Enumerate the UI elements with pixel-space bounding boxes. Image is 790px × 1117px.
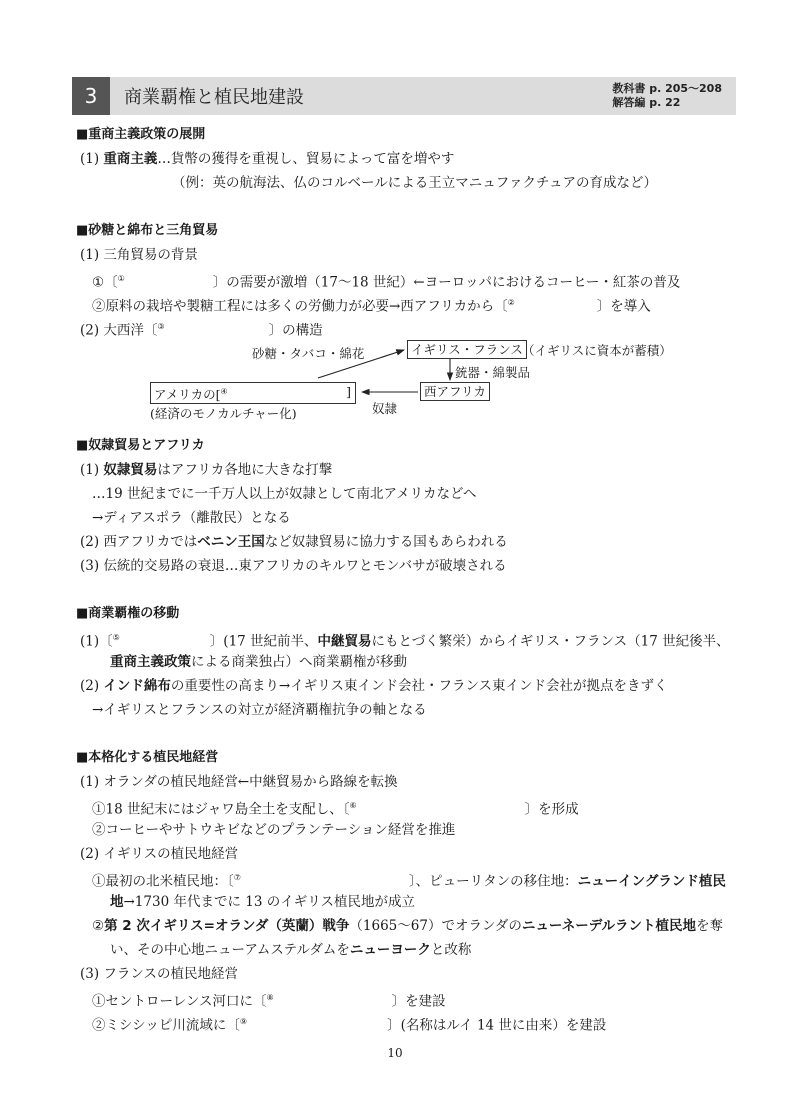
list-item: (1) オランダの植民地経営←中継貿易から路線を転換 [80, 772, 398, 792]
list-item: (2) インド綿布の重要性の高まり→イギリス東インド会社・フランス東インド会社が… [80, 676, 668, 696]
item-text: はアフリカ各地に大きな打撃 [157, 462, 332, 478]
item-text: ② [92, 918, 104, 934]
key-term: インド綿布 [103, 678, 171, 694]
list-item: (1) 奴隷貿易はアフリカ各地に大きな打撃 [80, 460, 332, 480]
key-term: 地 [110, 894, 124, 910]
list-item: ②ミシシッピ川流域に〔⑨〕(名称はルイ 14 世に由来）を建設 [92, 1012, 606, 1036]
item-text: を奪 [696, 918, 723, 934]
item-text: い、その中心地ニューアムステルダムを [110, 942, 350, 958]
list-item: ②第 2 次イギリス=オランダ（英蘭）戦争（1665〜67）でオランダのニューネ… [92, 916, 723, 936]
key-term: ニューイングランド植民 [578, 874, 726, 890]
item-text: （1665〜67）でオランダの [349, 918, 522, 934]
key-term: 奴隷貿易 [103, 462, 157, 478]
list-item: …19 世紀までに一千万人以上が奴隷として南北アメリカなどへ [92, 484, 476, 504]
item-text: ①18 世紀末にはジャワ島全土を支配し、〔 [92, 802, 349, 818]
list-item: 地→1730 年代までに 13 のイギリス植民地が成立 [110, 892, 415, 912]
blank-marker: ⑨ [240, 1017, 247, 1026]
item-text: ②ミシシッピ川流域に〔 [92, 1018, 240, 1034]
list-item: (2) 西アフリカではベニン王国など奴隷貿易に協力する国もあらわれる [80, 532, 508, 552]
key-term: ニューネーデルラント植民地 [522, 918, 696, 934]
list-item: (2) イギリスの植民地経営 [80, 844, 238, 864]
item-number: (2) [80, 678, 99, 694]
key-term: ニューヨーク [350, 942, 431, 958]
list-item: (3) 伝統的交易路の衰退…東アフリカのキルワとモンバサが破壊される [80, 556, 507, 576]
list-item: 重商主義政策による商業独占）へ商業覇権が移動 [110, 652, 407, 672]
list-item: ①18 世紀末にはジャワ島全土を支配し、〔⑥〕を形成 [92, 796, 579, 820]
item-text: (1)〔 [80, 634, 113, 650]
item-text: など奴隷貿易に協力する国もあらわれる [265, 534, 508, 550]
list-item: →イギリスとフランスの対立が経済覇権抗争の軸となる [92, 700, 427, 720]
list-item: (3) フランスの植民地経営 [80, 964, 238, 984]
item-text: 〕を形成 [525, 802, 579, 818]
list-item: ①セントローレンス河口に〔⑧〕を建設 [92, 988, 446, 1012]
blank-marker: ⑧ [267, 993, 274, 1002]
item-text: 〕(17 世紀前半、 [210, 634, 318, 650]
list-item: (1)〔⑤〕(17 世紀前半、中継貿易にもとづく繁栄）からイギリス・フランス（1… [80, 628, 730, 652]
section-heading-colonial-management: ■本格化する植民地経営 [76, 748, 218, 768]
key-term: 第 2 次イギリス=オランダ（英蘭）戦争 [104, 918, 349, 934]
diagram-arrows [0, 0, 790, 430]
section-heading-commercial-hegemony: ■商業覇権の移動 [76, 604, 179, 624]
key-term: 中継貿易 [318, 634, 372, 650]
key-term: 重商主義政策 [110, 654, 191, 670]
list-item: い、その中心地ニューアムステルダムをニューヨークと改称 [110, 940, 471, 960]
key-term: ベニン王国 [197, 534, 265, 550]
item-text: (2) 西アフリカでは [80, 534, 197, 550]
blank-marker: ⑥ [349, 801, 356, 810]
item-text: ①セントローレンス河口に〔 [92, 994, 267, 1010]
item-text: 〕(名称はルイ 14 世に由来）を建設 [387, 1018, 606, 1034]
page-number: 10 [0, 1046, 790, 1060]
list-item: ②コーヒーやサトウキビなどのプランテーション経営を推進 [92, 820, 455, 840]
section-heading-slave-trade: ■奴隷貿易とアフリカ [76, 436, 205, 456]
item-text: の重要性の高まり→イギリス東インド会社・フランス東インド会社が拠点をきずく [171, 678, 668, 694]
list-item: →ディアスポラ（離散民）となる [92, 508, 291, 528]
item-text: 〕を建設 [392, 994, 446, 1010]
blank-marker: ⑤ [113, 633, 120, 642]
list-item: ①最初の北米植民地：〔⑦〕、ピューリタンの移住地：ニューイングランド植民 [92, 868, 726, 892]
item-text: 〕、ピューリタンの移住地： [409, 874, 578, 890]
item-text: ①最初の北米植民地：〔 [92, 874, 234, 890]
blank-marker: ⑦ [234, 873, 241, 882]
item-text: にもとづく繁栄）からイギリス・フランス（17 世紀後半、 [372, 634, 730, 650]
item-text: →1730 年代までに 13 のイギリス植民地が成立 [124, 894, 415, 910]
item-text: と改称 [431, 942, 472, 958]
item-number: (1) [80, 462, 99, 478]
item-text: による商業独占）へ商業覇権が移動 [191, 654, 407, 670]
